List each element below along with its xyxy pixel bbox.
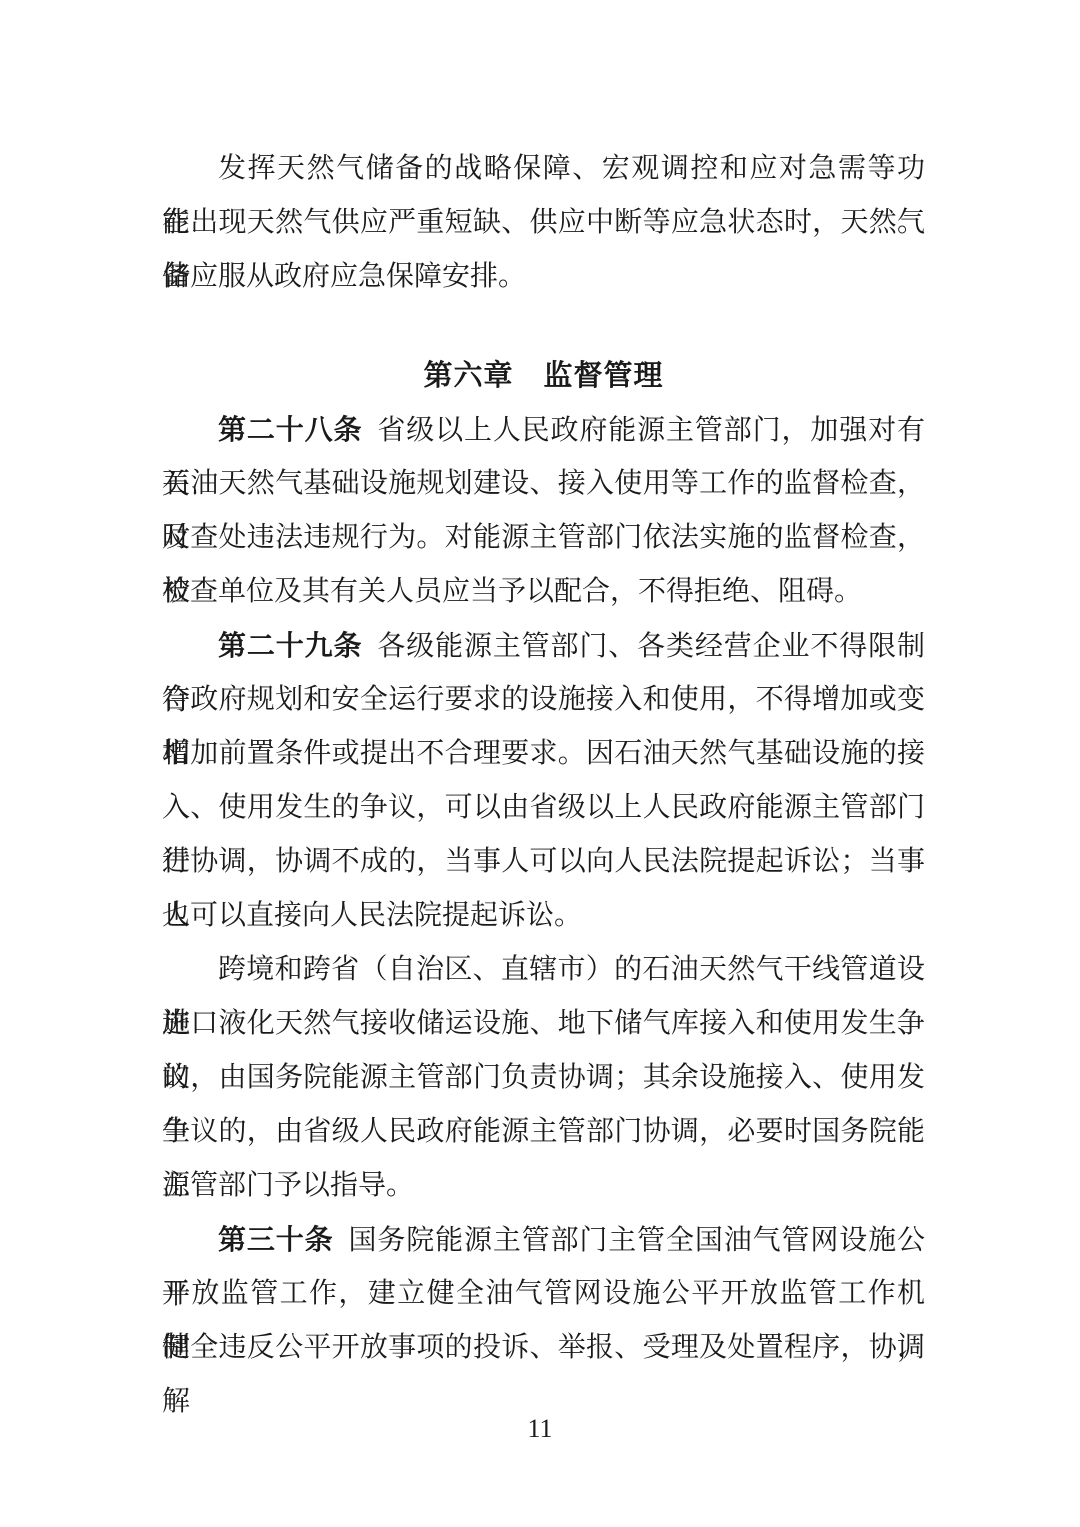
text-line: 的，由国务院能源主管部门负责协调；其余设施接入、使用发生 — [162, 1051, 925, 1105]
article-28: 第二十八条省级以上人民政府能源主管部门，加强对有关 石油天然气基础设施规划建设、… — [162, 403, 925, 619]
text-line: 时查处违法违规行为。对能源主管部门依法实施的监督检查，被 — [162, 511, 925, 565]
text-line: 第三十条国务院能源主管部门主管全国油气管网设施公平 — [162, 1213, 925, 1267]
text-line: 跨境和跨省（自治区、直辖市）的石油天然气干线管道设施、 — [162, 943, 925, 997]
text-line: 健全违反公平开放事项的投诉、举报、受理及处置程序，协调解 — [162, 1321, 925, 1375]
article-28-label: 第二十八条 — [218, 414, 362, 445]
text-line: 也可以直接向人民法院提起诉讼。 — [162, 889, 925, 943]
article-29: 第二十九条各级能源主管部门、各类经营企业不得限制符 合政府规划和安全运行要求的设… — [162, 619, 925, 943]
text-line: 备应服从政府应急保障安排。 — [162, 250, 925, 304]
page-number: 11 — [0, 1402, 1080, 1456]
document-body: 发挥天然气储备的战略保障、宏观调控和应对急需等功能。 在出现天然气供应严重短缺、… — [162, 142, 925, 1375]
article-30-label: 第三十条 — [218, 1224, 333, 1255]
document-page: 发挥天然气储备的战略保障、宏观调控和应对急需等功能。 在出现天然气供应严重短缺、… — [0, 0, 1080, 1527]
text-line: 检查单位及其有关人员应当予以配合，不得拒绝、阻碍。 — [162, 565, 925, 619]
text-line: 行协调，协调不成的，当事人可以向人民法院提起诉讼；当事人 — [162, 835, 925, 889]
text-line: 进口液化天然气接收储运设施、地下储气库接入和使用发生争议 — [162, 997, 925, 1051]
text-line: 第二十八条省级以上人民政府能源主管部门，加强对有关 — [162, 403, 925, 457]
text-line: 争议的，由省级人民政府能源主管部门协调，必要时国务院能源 — [162, 1105, 925, 1159]
text-line: 入、使用发生的争议，可以由省级以上人民政府能源主管部门进 — [162, 781, 925, 835]
text-line: 主管部门予以指导。 — [162, 1159, 925, 1213]
text-line: 合政府规划和安全运行要求的设施接入和使用，不得增加或变相 — [162, 673, 925, 727]
text-line: 开放监管工作，建立健全油气管网设施公平开放监管工作机制， — [162, 1267, 925, 1321]
article-29-label: 第二十九条 — [218, 630, 362, 661]
chapter-heading: 第六章 监督管理 — [162, 349, 925, 403]
paragraph-gas-reserve: 发挥天然气储备的战略保障、宏观调控和应对急需等功能。 在出现天然气供应严重短缺、… — [162, 142, 925, 304]
text-line: 发挥天然气储备的战略保障、宏观调控和应对急需等功能。 — [162, 142, 925, 196]
text-line: 在出现天然气供应严重短缺、供应中断等应急状态时，天然气储 — [162, 196, 925, 250]
text-line: 石油天然气基础设施规划建设、接入使用等工作的监督检查，及 — [162, 457, 925, 511]
text-line: 增加前置条件或提出不合理要求。因石油天然气基础设施的接 — [162, 727, 925, 781]
text-line: 第二十九条各级能源主管部门、各类经营企业不得限制符 — [162, 619, 925, 673]
paragraph-cross-provincial: 跨境和跨省（自治区、直辖市）的石油天然气干线管道设施、 进口液化天然气接收储运设… — [162, 943, 925, 1213]
article-30: 第三十条国务院能源主管部门主管全国油气管网设施公平 开放监管工作，建立健全油气管… — [162, 1213, 925, 1375]
